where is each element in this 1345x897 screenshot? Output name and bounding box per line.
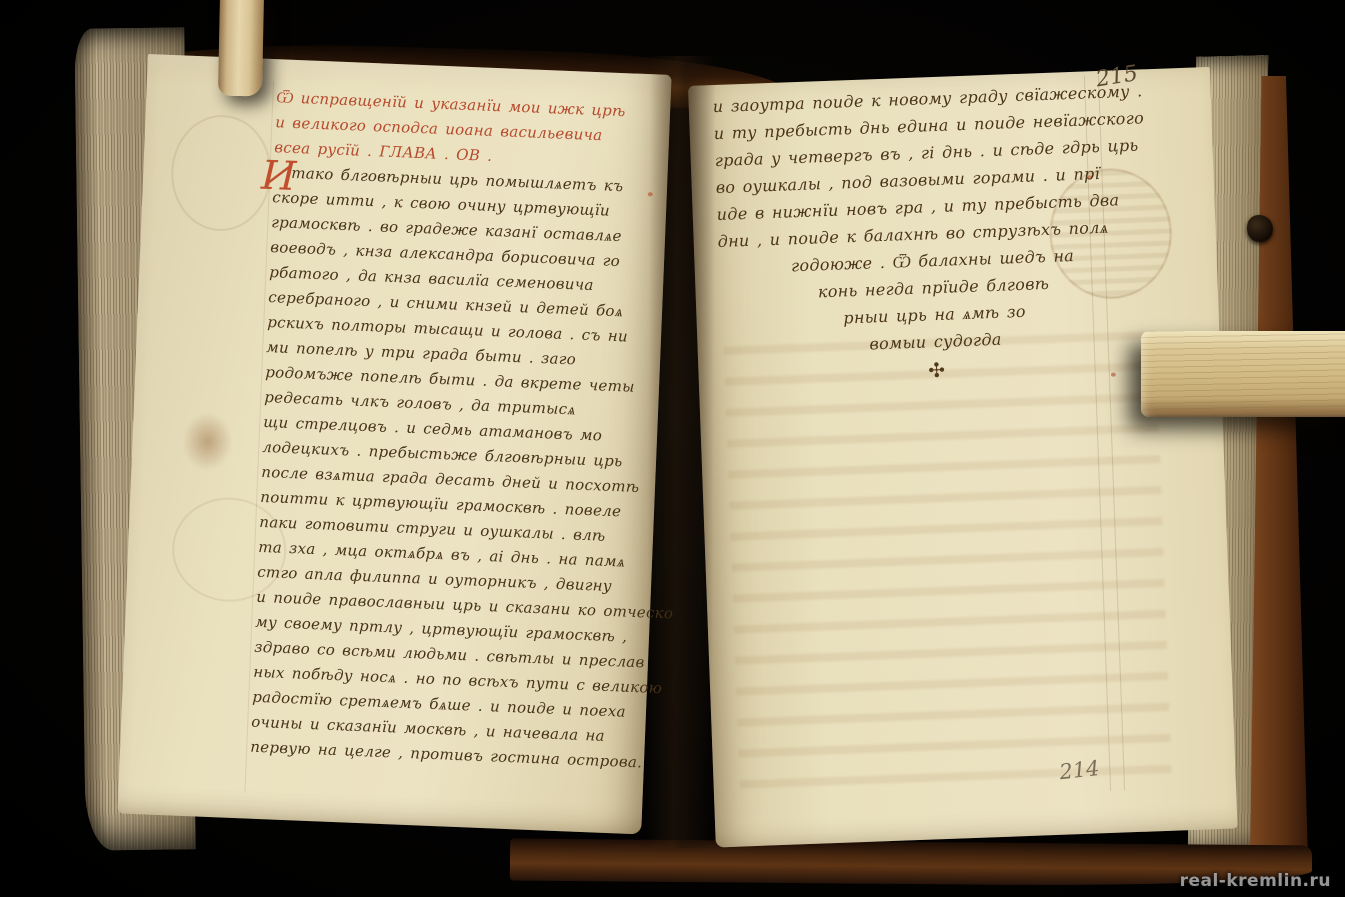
- text-showthrough: [724, 331, 1172, 799]
- wooden-weight-right: [1141, 331, 1345, 417]
- seal-showthrough: [169, 113, 274, 233]
- right-page: 215 и заоутра поиде к новому граду свїаж…: [688, 67, 1238, 848]
- wooden-weight-top: [218, 0, 264, 96]
- left-page: И Ѿ исправщенїй и указанїи мои ижк црѣ и…: [117, 54, 671, 834]
- gutter-shadow: [646, 56, 716, 848]
- left-page-text: И Ѿ исправщенїй и указанїи мои ижк црѣ и…: [250, 85, 679, 776]
- watermark: real-kremlin.ru: [1180, 871, 1331, 891]
- pencil-folio-number: 214: [1058, 756, 1100, 784]
- manuscript-photo: И Ѿ исправщенїй и указанїи мои ижк црѣ и…: [0, 0, 1345, 897]
- ink-stain: [181, 412, 233, 472]
- drop-cap-initial: И: [260, 155, 297, 198]
- clasp-fitting: [1247, 215, 1273, 242]
- right-page-text: и заоутра поиде к новому граду свїажеско…: [712, 77, 1151, 392]
